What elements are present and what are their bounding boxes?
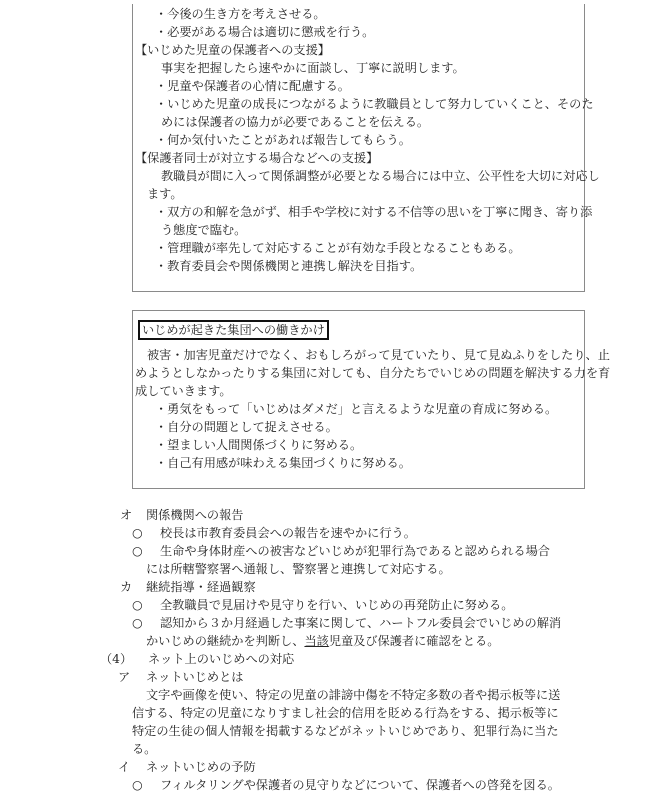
- bullet-line: ・管理職が率先して対応することが有効な手段となることもある。: [155, 240, 521, 256]
- paragraph-line: 被害・加害児童だけでなく、おもしろがって見ていたり、見て見ぬふりをしたり、止: [147, 347, 610, 363]
- section-heading: ネット上のいじめへの対応: [148, 651, 294, 667]
- support-guidelines-box: ・今後の生き方を考えさせる。 ・必要がある場合は適切に懲戒を行う。 【いじめた児…: [132, 4, 585, 292]
- section-heading: 関係機関への報告: [146, 507, 244, 523]
- paragraph-line: る。: [132, 741, 156, 757]
- circle-bullet-icon: ○: [132, 777, 143, 793]
- subsection-marker: ア: [118, 669, 130, 685]
- paragraph-line: 教職員が間に入って関係調整が必要となる場合には中立、公平性を大切に対応し: [161, 168, 600, 184]
- bullet-line: ・何か気付いたことがあれば報告してもらう。: [155, 132, 411, 148]
- bullet-line: ・いじめた児童の成長につながるように教職員として努力していくこと、そのた: [155, 96, 594, 112]
- bullet-line: ・自分の問題として捉えさせる。: [155, 419, 338, 435]
- paragraph-continuation: ます。: [147, 186, 183, 202]
- bullet-line: ・望ましい人間関係づくりに努める。: [155, 437, 362, 453]
- section-heading: 継続指導・経過観察: [146, 579, 256, 595]
- continuation-post: 児童及び保護者に確認をとる。: [329, 634, 500, 648]
- circle-bullet-icon: ○: [132, 597, 143, 613]
- subsection-heading: ネットいじめとは: [146, 669, 244, 685]
- bullet-continuation: う態度で臨む。: [161, 222, 246, 238]
- item-continuation: かいじめの継続かを判断し、当該児童及び保護者に確認をとる。: [146, 633, 499, 649]
- subsection-marker: イ: [118, 759, 130, 775]
- bullet-line: ・勇気をもって「いじめはダメだ」と言えるような児童の育成に努める。: [155, 401, 557, 417]
- paragraph-line: 事実を把握したら速やかに面談し、丁寧に説明します。: [161, 60, 465, 76]
- circle-bullet-icon: ○: [132, 525, 143, 541]
- bullet-line: ・自己有用感が味わえる集団づくりに努める。: [155, 455, 411, 471]
- subsection-heading: ネットいじめの予防: [146, 759, 256, 775]
- paragraph-line: 文字や画像を使い、特定の児童の誹謗中傷を不特定多数の者や掲示板等に送: [146, 687, 560, 703]
- underlined-term: 当該: [304, 634, 328, 648]
- bullet-continuation: めには保護者の協力が必要であることを伝える。: [161, 114, 429, 130]
- item-text: フィルタリングや保護者の見守りなどについて、保護者への啓発を図る。: [160, 777, 560, 793]
- section-heading: 【保護者同士が対立する場合などへの支援】: [135, 150, 378, 166]
- item-text: 生命や身体財産への被害などいじめが犯罪行為であると認められる場合: [160, 543, 550, 559]
- bullet-line: ・必要がある場合は適切に懲戒を行う。: [155, 24, 374, 40]
- bullet-line: ・教育委員会や関係機関と連携し解決を目指す。: [155, 258, 422, 274]
- item-text: 全教職員で見届けや見守りを行い、いじめの再発防止に努める。: [160, 597, 513, 613]
- box-title: いじめが起きた集団への働きかけ: [138, 320, 329, 340]
- section-heading: 【いじめた児童の保護者への支援】: [135, 42, 330, 58]
- continuation-pre: かいじめの継続かを判断し、: [146, 634, 304, 648]
- circle-bullet-icon: ○: [132, 543, 143, 559]
- section-marker: オ: [120, 507, 132, 523]
- item-text: 認知から３か月経過した事案に関して、ハートフル委員会でいじめの解消: [160, 615, 561, 631]
- section-number: （4）: [100, 651, 132, 667]
- bullet-line: ・児童や保護者の心情に配慮する。: [155, 78, 350, 94]
- paragraph-line: 成していきます。: [135, 383, 232, 399]
- paragraph-line: 信する、特定の児童になりすまし社会的信用を貶める行為をする、掲示板等に: [132, 705, 559, 721]
- bullet-line: ・今後の生き方を考えさせる。: [155, 6, 326, 22]
- bullet-line: ・双方の和解を急がず、相手や学校に対する不信等の思いを丁寧に聞き、寄り添: [155, 204, 592, 220]
- section-marker: カ: [120, 579, 132, 595]
- item-continuation: には所轄警察署へ通報し、警察署と連携して対応する。: [146, 561, 451, 577]
- circle-bullet-icon: ○: [132, 615, 143, 631]
- paragraph-line: 特定の生徒の個人情報を掲載するなどがネットいじめであり、犯罪行為に当た: [132, 723, 559, 739]
- item-text: 校長は市教育委員会への報告を速やかに行う。: [160, 525, 416, 541]
- group-approach-box: いじめが起きた集団への働きかけ 被害・加害児童だけでなく、おもしろがって見ていた…: [132, 310, 585, 489]
- paragraph-line: めようとしなかったりする集団に対しても、自分たちでいじめの問題を解決する力を育: [135, 365, 610, 381]
